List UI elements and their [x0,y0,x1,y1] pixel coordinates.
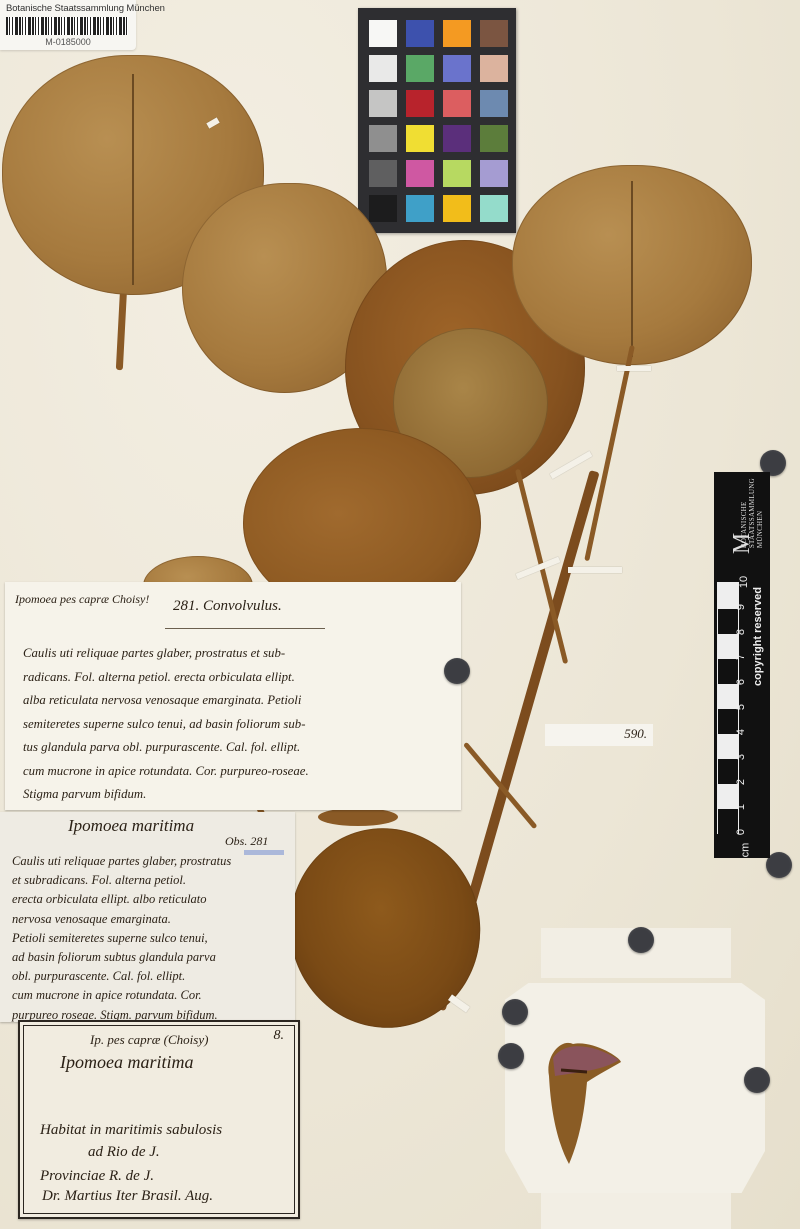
color-swatch [369,55,397,82]
mounting-pin [744,1067,770,1093]
color-swatch [369,195,397,222]
color-swatch [406,195,434,222]
description-line: Petioli semiteretes superne sulco tenui, [12,929,231,948]
color-swatch [406,55,434,82]
habitat: Habitat in maritimis sabulosis [40,1122,222,1139]
color-swatch [443,125,471,152]
locality: ad Rio de J. [88,1144,160,1161]
ruler-tick-label: 3 [735,754,747,760]
description-line: radicans. Fol. alterna petiol. erecta or… [23,666,453,690]
color-swatch [443,160,471,187]
dried-flower [541,1036,625,1166]
number-tag: 590. [545,724,653,746]
description-line: semiteretes superne sulco tenui, ad basi… [23,713,453,737]
color-swatch [480,55,508,82]
color-swatch [480,20,508,47]
scale-bar: BOTANISCHE STAATSSAMMLUNG MÜNCHEN M 0123… [714,472,770,858]
description-line: Caulis uti reliquae partes glaber, prost… [23,642,453,666]
mounting-pin [498,1043,524,1069]
ruler-tick-label: 1 [735,804,747,810]
ruler-unit: cm [739,843,751,858]
description-line: tus glandula parva obl. purpurascente. C… [23,736,453,760]
color-swatch [406,90,434,117]
description-line: cum mucrone in apice rotundata. Cor. pur… [23,760,453,784]
institution-name: Botanische Staatssammlung München [6,3,165,14]
ruler-tick-label: 5 [735,704,747,710]
heading-underline [165,628,325,629]
ruler-tick-label: 0 [735,829,747,835]
description-line: ad basin foliorum subtus glandula parva [12,948,231,967]
main-label: Ipomoea pes capræ Choisy! 281. Convolvul… [5,582,461,810]
number-tag-text: 590. [624,726,647,742]
synonym: Ip. pes capræ (Choisy) [90,1032,208,1048]
description-line: alba reticulata nervosa venosaque emargi… [23,689,453,713]
specimen-id: M-0185000 [0,37,136,47]
ruler-tick-label: 2 [735,779,747,785]
copyright-text: copyright reserved [752,587,764,686]
species-name: Ipomoea maritima [60,1052,194,1073]
mounting-strip [568,567,622,573]
color-swatch [443,195,471,222]
second-label: Ipomoea maritima Obs. 281 Caulis uti rel… [0,812,295,1022]
mounting-pin [444,658,470,684]
color-swatch [480,195,508,222]
description-line: erecta orbiculata ellipt. albo reticulat… [12,890,231,909]
label-number: 8. [274,1028,285,1044]
color-swatch [406,125,434,152]
color-swatch [369,125,397,152]
barcode-label: Botanische Staatssammlung München M-0185… [0,0,136,50]
second-label-title: Ipomoea maritima [68,816,194,836]
ruler-tick-label: 4 [735,729,747,735]
description-line: obl. purpurascente. Cal. fol. ellipt. [12,967,231,986]
color-swatch [480,125,508,152]
ruler-tick-label: 10 [738,576,750,588]
description-line: Caulis uti reliquae partes glaber, prost… [12,852,231,871]
collector: Dr. Martius Iter Brasil. Aug. [42,1188,213,1205]
inst-line: MÜNCHEN [756,478,764,548]
determination-note: Ipomoea pes capræ Choisy! [15,592,149,607]
ruler-tick-label: 6 [735,679,747,685]
color-calibration-chart [358,8,516,233]
color-swatch [480,90,508,117]
leaf-upper-right [512,165,752,365]
description-line: cum mucrone in apice rotundata. Cor. [12,986,231,1005]
mounting-pin [628,927,654,953]
blue-pencil-mark [244,850,284,855]
ruler-tick-label: 7 [735,654,747,660]
label-description: Caulis uti reliquae partes glaber, prost… [23,642,453,830]
color-swatch [369,90,397,117]
barcode [6,17,128,35]
second-label-description: Caulis uti reliquae partes glaber, prost… [12,852,231,1025]
swatch-grid [369,20,508,222]
color-swatch [406,20,434,47]
province: Provinciae R. de J. [40,1168,154,1185]
ruler-tick-label: 8 [735,629,747,635]
mounting-pin [502,999,528,1025]
color-swatch [443,20,471,47]
ruler-tick-label: 9 [735,604,747,610]
color-swatch [369,160,397,187]
description-line: et subradicans. Fol. alterna petiol. [12,871,231,890]
description-line: Stigma parvum bifidum. [23,783,453,807]
color-swatch [406,160,434,187]
envelope-bottom-flap [541,1193,731,1229]
description-line: nervosa venosaque emarginata. [12,910,231,929]
collector-label: Ip. pes capræ (Choisy) 8. Ipomoea mariti… [18,1020,300,1219]
label-heading: 281. Convolvulus. [173,598,282,615]
color-swatch [480,160,508,187]
color-swatch [443,90,471,117]
color-swatch [369,20,397,47]
color-swatch [443,55,471,82]
mounting-strip [617,366,651,371]
msb-logo-icon: M [729,533,756,554]
obs-number: Obs. 281 [225,834,268,849]
